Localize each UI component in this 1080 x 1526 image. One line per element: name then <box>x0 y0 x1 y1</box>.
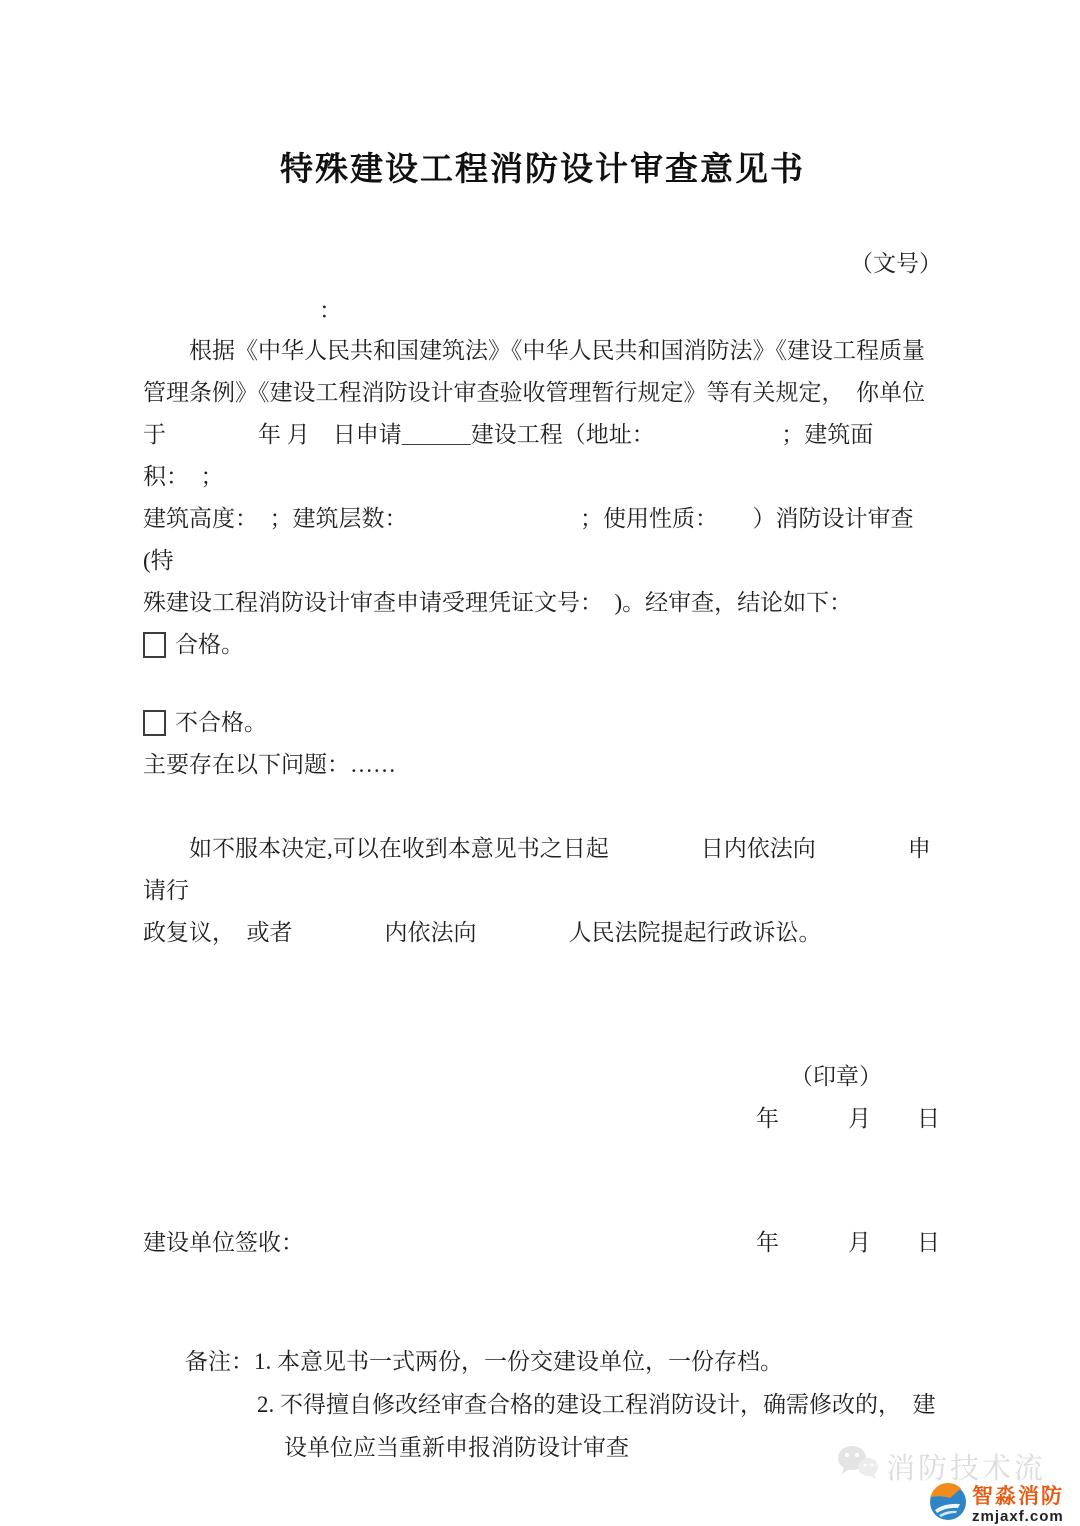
watermark-text: 消防技术流 <box>886 1446 1046 1487</box>
appeal-line: 政复议， 或者 内依法向 人民法院提起行政诉讼。 <box>143 912 942 954</box>
seal-block: （印章） 年 月 日 <box>143 1056 942 1140</box>
note-line-1: 备注：1. 本意见书一式两份，一份交建设单位，一份存档。 <box>143 1340 942 1383</box>
paragraph-line: 建筑高度： ；建筑层数： ；使用性质： ）消防设计审查(特 <box>143 498 942 582</box>
brand-logo-block: 智淼消防 zmjaxf.com <box>929 1483 1064 1526</box>
zhimiao-logo-icon <box>929 1483 967 1526</box>
pass-checkbox[interactable] <box>143 632 166 658</box>
result-fail-row: 不合格。 <box>143 702 942 744</box>
fail-label: 不合格。 <box>175 702 267 744</box>
note-line-2: 2. 不得擅自修改经审查合格的建设工程消防设计，确需修改的， 建 <box>143 1383 942 1426</box>
appeal-line: 如不服本决定,可以在收到本意见书之日起 日内依法向 申请行 <box>143 828 942 912</box>
sign-row: 建设单位签收： 年 月 日 <box>143 1222 942 1264</box>
brand-url: zmjaxf.com <box>972 1509 1064 1524</box>
problems-line: 主要存在以下问题：…… <box>143 744 942 786</box>
paragraph-line: 于 年 月 日申请＿＿＿建设工程（地址： ；建筑面积： ； <box>143 414 942 498</box>
doc-number-label: （文号） <box>143 248 942 280</box>
brand-text: 智淼消防 zmjaxf.com <box>972 1486 1064 1524</box>
paragraph-line: 根据《中华人民共和国建筑法》《中华人民共和国消防法》《建设工程质量 <box>143 330 942 372</box>
watermark: 消防技术流 <box>836 1444 1046 1488</box>
sign-date: 年 月 日 <box>756 1222 942 1264</box>
note-line-3: 设单位应当重新申报消防设计审查 <box>143 1426 942 1469</box>
wechat-icon <box>836 1444 880 1488</box>
brand-name: 智淼消防 <box>972 1486 1064 1507</box>
seal-date: 年 月 日 <box>143 1098 942 1140</box>
appeal-paragraph: 如不服本决定,可以在收到本意见书之日起 日内依法向 申请行 政复议， 或者 内依… <box>143 828 942 954</box>
document-content: 特殊建设工程消防设计审查意见书 （文号） ： 根据《中华人民共和国建筑法》《中华… <box>143 0 942 1469</box>
addressee-colon: ： <box>143 294 942 328</box>
page-title: 特殊建设工程消防设计审查意见书 <box>143 148 942 192</box>
main-paragraph: 根据《中华人民共和国建筑法》《中华人民共和国消防法》《建设工程质量 管理条例》《… <box>143 330 942 624</box>
fail-checkbox[interactable] <box>143 710 166 736</box>
paragraph-line: 管理条例》《建设工程消防设计审查验收管理暂行规定》等有关规定， 你单位 <box>143 372 942 414</box>
document-page: 特殊建设工程消防设计审查意见书 （文号） ： 根据《中华人民共和国建筑法》《中华… <box>0 0 1080 1526</box>
seal-label: （印章） <box>143 1056 942 1098</box>
sign-label: 建设单位签收： <box>143 1222 304 1264</box>
paragraph-line: 殊建设工程消防设计审查申请受理凭证文号： )。经审查，结论如下： <box>143 582 942 624</box>
pass-label: 合格。 <box>175 624 244 666</box>
notes-block: 备注：1. 本意见书一式两份，一份交建设单位，一份存档。 2. 不得擅自修改经审… <box>143 1340 942 1469</box>
result-pass-row: 合格。 <box>143 624 942 666</box>
